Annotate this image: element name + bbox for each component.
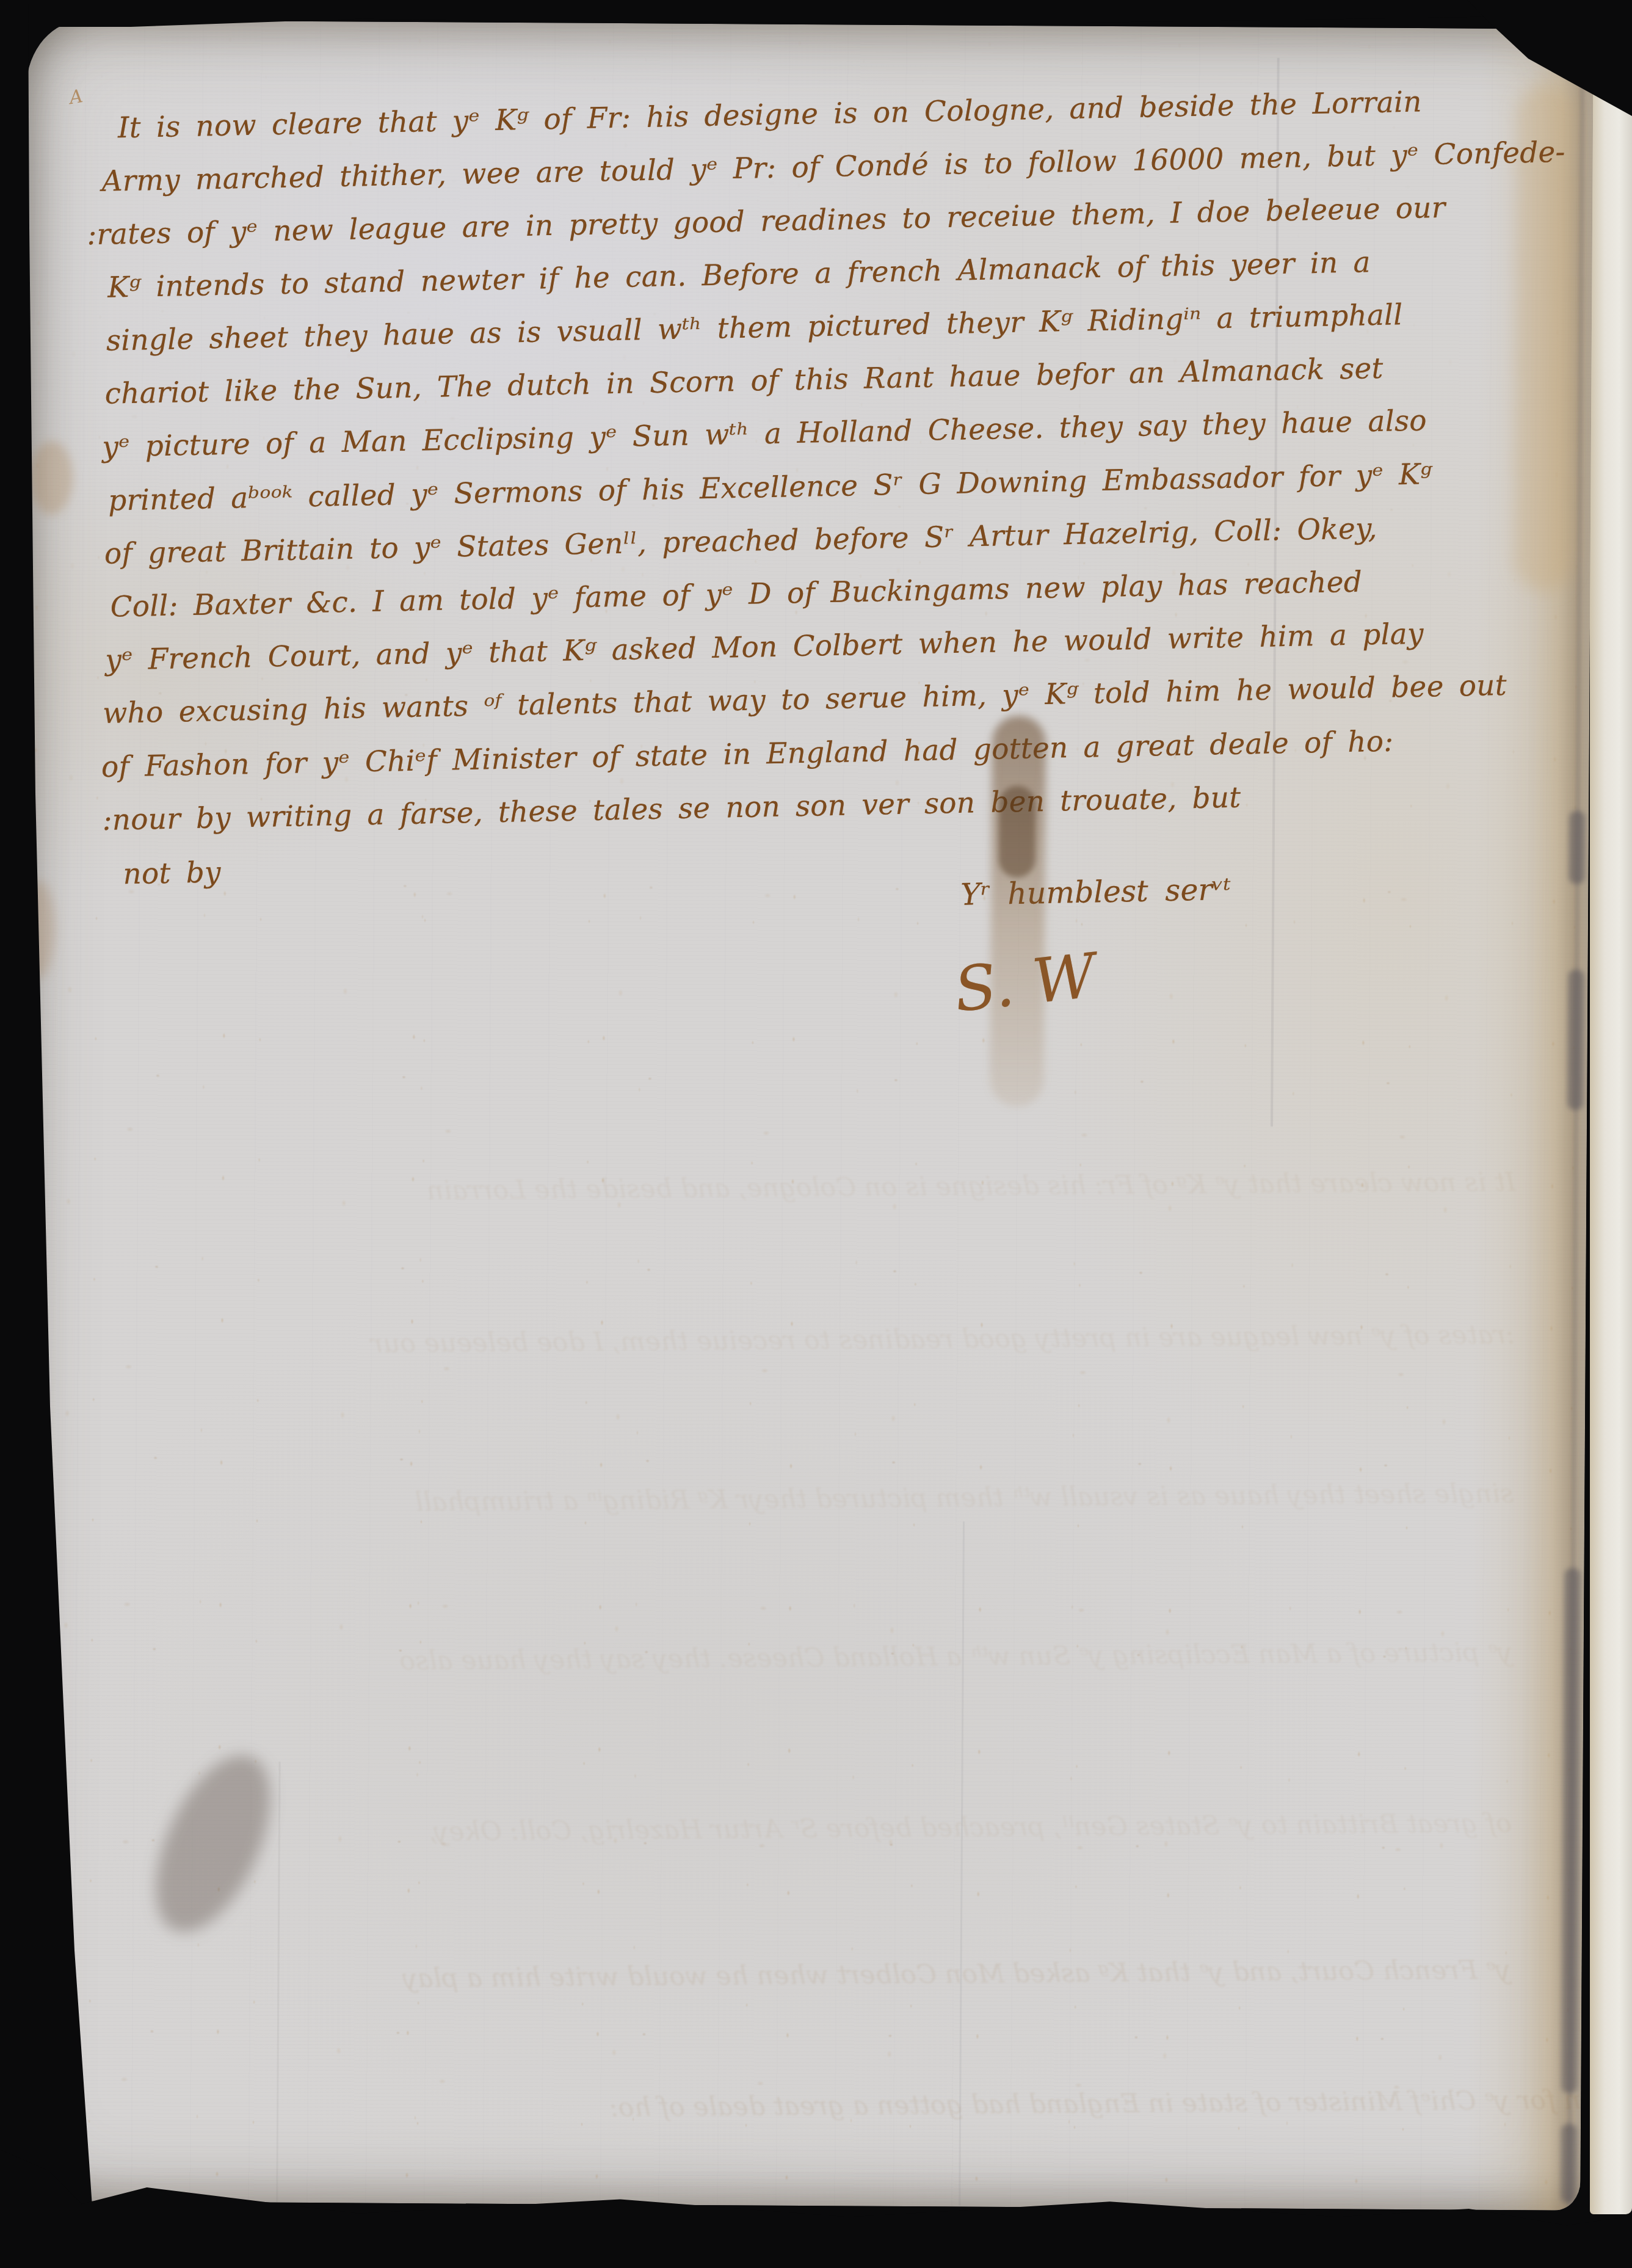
ink-stain [990, 716, 1046, 1107]
handwritten-line: yᵉ picture of a Man Ecclipsing yᵉ Sun wᵗ… [102, 404, 1427, 464]
handwritten-line: :rates of yᵉ new league are in pretty go… [87, 191, 1446, 252]
handwritten-line: single sheet they haue as is vsuall wᵗʰ … [106, 298, 1403, 358]
handwritten-line: of great Brittain to yᵉ States Genˡˡ, pr… [104, 512, 1377, 571]
handwritten-line: yᵉ French Court, and yᵉ that Kᵍ asked Mo… [105, 617, 1424, 677]
handwritten-line: :nour by writing a farse, these tales se… [102, 781, 1241, 837]
handwritten-line: It is now cleare that yᵉ Kᵍ of Fr: his d… [117, 85, 1422, 145]
ink-stain [998, 786, 1035, 878]
handwritten-line: who excusing his wants ᵒᶠ talents that w… [103, 669, 1507, 730]
handwritten-line: Army marched thither, wee are tould yᵉ P… [101, 136, 1565, 198]
handwritten-letter-body: A It is now cleare that yᵉ Kᵍ of Fr: his… [24, 20, 1594, 2202]
handwritten-line: not by [123, 856, 221, 891]
handwritten-line: Coll: Baxter &c. I am told yᵉ fame of yᵉ… [110, 565, 1362, 624]
manuscript-page: It is now cleare that yᵉ Kᵍ of Fr: his d… [13, 20, 1594, 2211]
foxing-spot [30, 441, 73, 514]
handwritten-line: printed aᵇᵒᵒᵏ called yᵉ Sermons of his E… [108, 457, 1432, 518]
handwritten-line: of Fashon for yᵉ Chiᵉf Minister of state… [101, 725, 1394, 784]
photo-background: It is now cleare that yᵉ Kᵍ of Fr: his d… [0, 0, 1632, 2268]
handwritten-line: chariot like the Sun, The dutch in Scorn… [104, 352, 1384, 411]
corner-mark: A [68, 85, 84, 109]
handwritten-line: Kᵍ intends to stand newter if he can. Be… [107, 245, 1371, 305]
page-edge-sliver [1590, 16, 1632, 2214]
